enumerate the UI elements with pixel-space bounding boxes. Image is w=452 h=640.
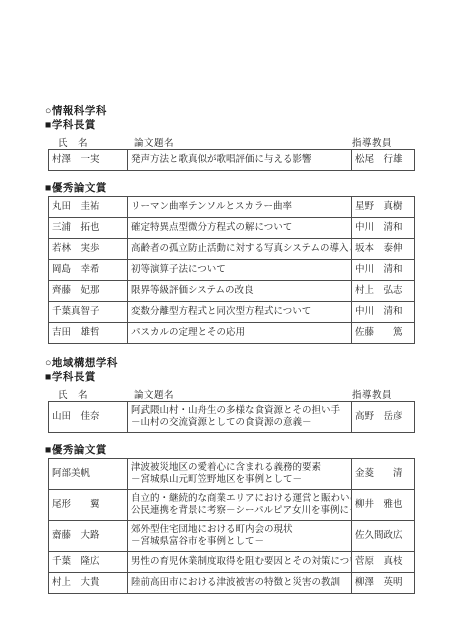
student-name-cell: 齊藤 妃那: [49, 281, 128, 302]
dept-head-award-table: 山田 佳奈 阿武隈山村・山舟生の多様な食資源とその担い手 －山村の交流資源として…: [48, 401, 415, 433]
thesis-title-cell: 確定特異点型微分方程式の解について: [128, 218, 352, 239]
table-row: 三浦 拓也 確定特異点型微分方程式の解について 中川 清和: [49, 218, 415, 239]
thesis-title-line2: －山村の交流資源としての食資源の意義－: [131, 417, 348, 429]
table-row: 村澤 一実 発声方法と歌真似が歌唱評価に与える影響 松尾 行雄: [49, 150, 415, 171]
column-header-name: 氏 名: [58, 387, 88, 401]
thesis-title-cell: 男性の育児休業制度取得を阻む要因とその対策について: [128, 552, 352, 573]
student-name-cell: 村澤 一実: [49, 150, 128, 171]
advisor-name-cell: 柳澤 英明: [352, 573, 415, 594]
dept-head-award-table: 村澤 一実 発声方法と歌真似が歌唱評価に与える影響 松尾 行雄: [48, 149, 415, 171]
column-header-advisor: 指導教員: [352, 387, 392, 401]
thesis-title-line1: 男性の育児休業制度取得を阻む要因とその対策について: [131, 556, 348, 568]
table-row: 若林 実歩 高齢者の孤立防止活動に対する写真システムの導入と評価 坂本 泰伸: [49, 239, 415, 260]
table-row: 山田 佳奈 阿武隈山村・山舟生の多様な食資源とその担い手 －山村の交流資源として…: [49, 402, 415, 433]
student-name-cell: 千葉真智子: [49, 302, 128, 323]
table-row: 齋藤 大路 郊外型住宅団地における町内会の現状 －宮城県富谷市を事例として－ 佐…: [49, 521, 415, 552]
department-heading: ○情報科学科: [45, 106, 410, 118]
table-row: 岡島 幸希 初等演算子法について 中川 清和: [49, 260, 415, 281]
thesis-title-line1: 初等演算子法について: [131, 264, 348, 276]
thesis-title-line1: 発声方法と歌真似が歌唱評価に与える影響: [131, 154, 348, 166]
thesis-title-cell: 発声方法と歌真似が歌唱評価に与える影響: [128, 150, 352, 171]
thesis-title-line1: 確定特異点型微分方程式の解について: [131, 222, 348, 234]
column-header-title: 論文題名: [134, 135, 174, 149]
student-name-cell: 山田 佳奈: [49, 402, 128, 433]
thesis-title-line1: 自立的・継続的な商業エリアにおける運営と賑わいについて: [131, 493, 348, 505]
excellence-award-table: 阿部美帆 津波被災地区の愛着心に含まれる義務的要素 －宮城県山元町笠野地区を事例…: [48, 458, 415, 594]
table-row: 千葉真智子 変数分離型方程式と同次型方程式について 中川 清和: [49, 302, 415, 323]
advisor-name-cell: 中川 清和: [352, 218, 415, 239]
table-row: 村上 大貴 陸前高田市における津波被害の特徴と災害の教訓 柳澤 英明: [49, 573, 415, 594]
student-name-cell: 丸田 圭祐: [49, 197, 128, 218]
thesis-title-cell: 自立的・継続的な商業エリアにおける運営と賑わいについて 公民連携を背景に考察－シ…: [128, 490, 352, 521]
advisor-name-cell: 村上 弘志: [352, 281, 415, 302]
advisor-name-cell: 中川 清和: [352, 260, 415, 281]
column-header-title: 論文題名: [134, 387, 174, 401]
thesis-title-cell: 変数分離型方程式と同次型方程式について: [128, 302, 352, 323]
thesis-title-cell: 津波被災地区の愛着心に含まれる義務的要素 －宮城県山元町笠野地区を事例として－: [128, 459, 352, 490]
thesis-title-line1: 阿武隈山村・山舟生の多様な食資源とその担い手: [131, 405, 348, 417]
student-name-cell: 村上 大貴: [49, 573, 128, 594]
thesis-title-line1: パスカルの定理とその応用: [131, 327, 348, 339]
table-row: 尾形 翼 自立的・継続的な商業エリアにおける運営と賑わいについて 公民連携を背景…: [49, 490, 415, 521]
student-name-cell: 阿部美帆: [49, 459, 128, 490]
thesis-title-line1: 陸前高田市における津波被害の特徴と災害の教訓: [131, 577, 348, 589]
thesis-title-line2: －宮城県富谷市を事例として－: [131, 536, 348, 548]
thesis-title-cell: パスカルの定理とその応用: [128, 323, 352, 344]
thesis-awards-document: ○情報科学科 ■学科長賞 氏 名 論文題名 指導教員 村澤 一実 発声方法と歌真…: [0, 0, 452, 640]
column-headers: 氏 名 論文題名 指導教員: [48, 386, 410, 400]
advisor-name-cell: 松尾 行雄: [352, 150, 415, 171]
excellence-award-table: 丸田 圭祐 リーマン曲率テンソルとスカラー曲率 星野 真樹 三浦 拓也 確定特異…: [48, 196, 415, 344]
column-headers: 氏 名 論文題名 指導教員: [48, 134, 410, 148]
advisor-name-cell: 坂本 泰伸: [352, 239, 415, 260]
student-name-cell: 三浦 拓也: [49, 218, 128, 239]
table-row: 千葉 隆広 男性の育児休業制度取得を阻む要因とその対策について 菅原 真枝: [49, 552, 415, 573]
advisor-name-cell: 佐藤 篤: [352, 323, 415, 344]
student-name-cell: 齋藤 大路: [49, 521, 128, 552]
thesis-title-cell: 限界等級評価システムの改良: [128, 281, 352, 302]
thesis-title-cell: リーマン曲率テンソルとスカラー曲率: [128, 197, 352, 218]
thesis-title-line1: 限界等級評価システムの改良: [131, 285, 348, 297]
student-name-cell: 千葉 隆広: [49, 552, 128, 573]
award-heading-excellence: ■優秀論文賞: [45, 183, 410, 195]
column-header-name: 氏 名: [58, 135, 88, 149]
table-row: 吉田 雄哲 パスカルの定理とその応用 佐藤 篤: [49, 323, 415, 344]
thesis-title-cell: 初等演算子法について: [128, 260, 352, 281]
table-row: 齊藤 妃那 限界等級評価システムの改良 村上 弘志: [49, 281, 415, 302]
thesis-title-cell: 郊外型住宅団地における町内会の現状 －宮城県富谷市を事例として－: [128, 521, 352, 552]
advisor-name-cell: 佐久間政広: [352, 521, 415, 552]
student-name-cell: 若林 実歩: [49, 239, 128, 260]
award-heading-dept-head: ■学科長賞: [45, 120, 410, 132]
thesis-title-cell: 阿武隈山村・山舟生の多様な食資源とその担い手 －山村の交流資源としての食資源の意…: [128, 402, 352, 433]
thesis-title-line1: 津波被災地区の愛着心に含まれる義務的要素: [131, 462, 348, 474]
award-heading-dept-head: ■学科長賞: [45, 372, 410, 384]
advisor-name-cell: 中川 清和: [352, 302, 415, 323]
advisor-name-cell: 菅原 真枝: [352, 552, 415, 573]
department-heading: ○地域構想学科: [45, 358, 410, 370]
document-content: ○情報科学科 ■学科長賞 氏 名 論文題名 指導教員 村澤 一実 発声方法と歌真…: [45, 106, 410, 594]
advisor-name-cell: 高野 岳彦: [352, 402, 415, 433]
column-header-advisor: 指導教員: [352, 135, 392, 149]
thesis-title-line1: リーマン曲率テンソルとスカラー曲率: [131, 201, 348, 213]
table-row: 丸田 圭祐 リーマン曲率テンソルとスカラー曲率 星野 真樹: [49, 197, 415, 218]
thesis-title-line2: －宮城県山元町笠野地区を事例として－: [131, 474, 348, 486]
thesis-title-line1: 変数分離型方程式と同次型方程式について: [131, 306, 348, 318]
student-name-cell: 尾形 翼: [49, 490, 128, 521]
student-name-cell: 吉田 雄哲: [49, 323, 128, 344]
award-heading-excellence: ■優秀論文賞: [45, 445, 410, 457]
advisor-name-cell: 星野 真樹: [352, 197, 415, 218]
thesis-title-line2: 公民連携を背景に考察－シーパルピア女川を事例に－: [131, 505, 348, 517]
advisor-name-cell: 金菱 清: [352, 459, 415, 490]
thesis-title-line1: 郊外型住宅団地における町内会の現状: [131, 524, 348, 536]
student-name-cell: 岡島 幸希: [49, 260, 128, 281]
thesis-title-cell: 高齢者の孤立防止活動に対する写真システムの導入と評価: [128, 239, 352, 260]
thesis-title-cell: 陸前高田市における津波被害の特徴と災害の教訓: [128, 573, 352, 594]
table-row: 阿部美帆 津波被災地区の愛着心に含まれる義務的要素 －宮城県山元町笠野地区を事例…: [49, 459, 415, 490]
thesis-title-line1: 高齢者の孤立防止活動に対する写真システムの導入と評価: [131, 243, 348, 255]
advisor-name-cell: 柳井 雅也: [352, 490, 415, 521]
